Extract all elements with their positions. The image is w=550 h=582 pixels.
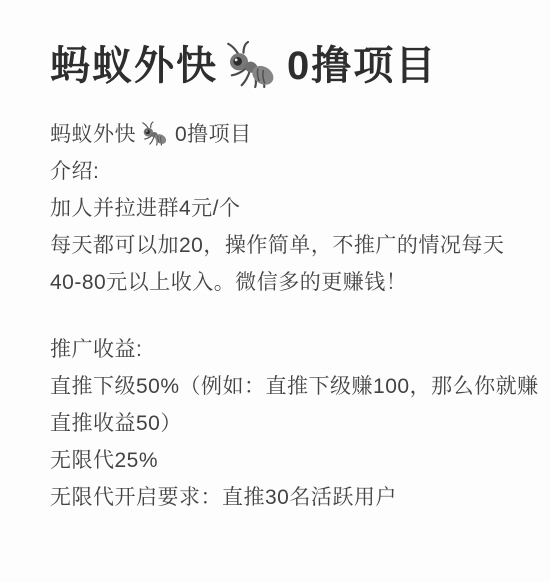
page: 蚂蚁外快 0撸项目 蚂蚁外快 [0,0,550,582]
promotion-line-3: 无限代25% [50,442,514,479]
promotion-heading: 推广收益: [50,331,514,368]
block-spacer [50,301,514,331]
intro-heading: 介绍: [50,153,514,190]
promotion-line-2: 直推收益50） [50,405,514,442]
intro-line-1: 加人并拉进群4元/个 [50,190,514,227]
page-title: 蚂蚁外快 0撸项目 [50,40,514,92]
title-prefix: 蚂蚁外快 [50,44,218,88]
promotion-line-1: 直推下级50%（例如：直推下级赚100，那么你就赚 [50,368,514,405]
body-text: 蚂蚁外快 0撸项目 介绍: 加人并拉进群4元/个 每天都可以加20， [50,116,514,516]
ant-icon [136,116,175,153]
ant-icon [218,40,287,92]
subtitle-suffix: 0撸项目 [175,123,252,146]
intro-line-3: 40-80元以上收入。微信多的更赚钱！ [50,264,514,301]
subtitle-prefix: 蚂蚁外快 [50,123,136,146]
intro-line-2: 每天都可以加20，操作简单，不推广的情况每天 [50,227,514,264]
subtitle: 蚂蚁外快 0撸项目 [50,116,514,153]
promotion-line-4: 无限代开启要求：直推30名活跃用户 [50,479,514,516]
title-suffix: 0撸项目 [287,44,437,88]
